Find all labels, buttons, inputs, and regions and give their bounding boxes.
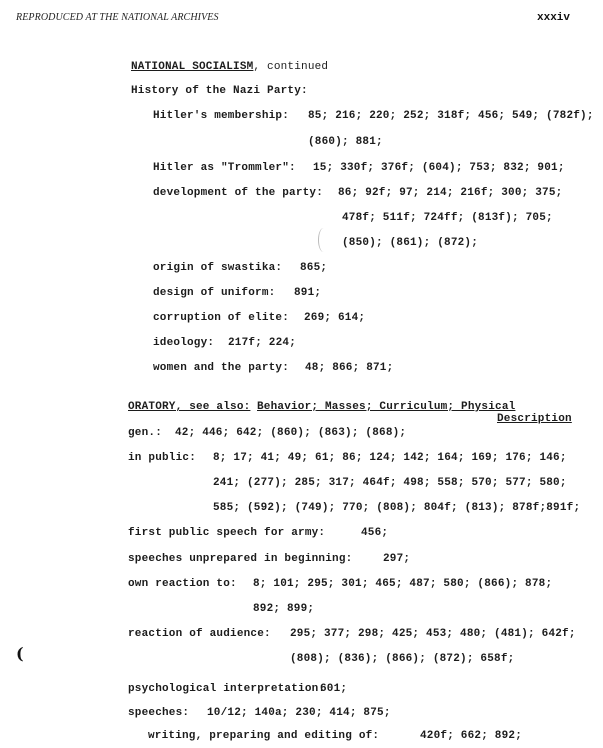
index-entry-label: Hitler as "Trommler":	[153, 162, 296, 174]
index-entry-refs: 891;	[294, 287, 321, 299]
index-entry-refs: 295; 377; 298; 425; 453; 480; (481); 642…	[290, 628, 576, 640]
index-entry-label: Hitler's membership:	[153, 110, 289, 122]
section-heading-national-socialism: NATIONAL SOCIALISM, continued	[131, 61, 328, 73]
index-entry-refs: 10/12; 140a; 230; 414; 875;	[207, 707, 391, 719]
index-entry-label: speeches:	[128, 707, 189, 719]
index-entry-refs: 15; 330f; 376f; (604); 753; 832; 901;	[313, 162, 565, 174]
index-entry-label: psychological interpretation:	[128, 683, 325, 695]
index-entry-refs: 297;	[383, 553, 410, 565]
index-entry-label: gen.:	[128, 427, 162, 439]
heading-text: NATIONAL SOCIALISM	[131, 61, 253, 73]
index-entry-refs: (850); (861); (872);	[342, 237, 478, 249]
index-entry-refs: 8; 17; 41; 49; 61; 86; 124; 142; 164; 16…	[213, 452, 567, 464]
index-entry-label: design of uniform:	[153, 287, 275, 299]
see-also-list: Behavior; Masses; Curriculum; Physical	[257, 401, 515, 413]
index-entry-refs: 269; 614;	[304, 312, 365, 324]
index-entry-refs: 892; 899;	[253, 603, 314, 615]
index-entry-label: origin of swastika:	[153, 262, 282, 274]
heading-suffix: , continued	[253, 61, 328, 73]
index-entry-refs: 420f; 662; 892;	[420, 730, 522, 742]
index-entry-refs: 478f; 511f; 724ff; (813f); 705;	[342, 212, 553, 224]
index-entry-label: speeches unprepared in beginning:	[128, 553, 352, 565]
page-number: xxxiv	[537, 12, 570, 24]
index-entry-label: reaction of audience:	[128, 628, 271, 640]
index-entry-refs: (808); (836); (866); (872); 658f;	[290, 653, 514, 665]
index-entry-refs: 241; (277); 285; 317; 464f; 498; 558; 57…	[213, 477, 567, 489]
index-entry-label: writing, preparing and editing of:	[148, 730, 379, 742]
see-also-list-cont: Description	[497, 413, 572, 425]
index-entry-refs: 48; 866; 871;	[305, 362, 393, 374]
index-entry-label: women and the party:	[153, 362, 289, 374]
index-entry-label: first public speech for army:	[128, 527, 325, 539]
index-entry-refs: 601;	[320, 683, 347, 695]
index-entry-label: in public:	[128, 452, 196, 464]
index-entry-refs: 585; (592); (749); 770; (808); 804f; (81…	[213, 502, 580, 514]
section-heading-oratory: ORATORY, see also:	[128, 401, 250, 413]
index-entry-refs: 86; 92f; 97; 214; 216f; 300; 375;	[338, 187, 562, 199]
index-entry-label: ideology:	[153, 337, 214, 349]
index-entry-label: corruption of elite:	[153, 312, 289, 324]
paper-mark	[318, 228, 329, 252]
index-entry-refs: 217f; 224;	[228, 337, 296, 349]
index-entry-refs: 865;	[300, 262, 327, 274]
margin-mark: (	[16, 644, 24, 663]
index-entry-refs: 85; 216; 220; 252; 318f; 456; 549; (782f…	[308, 110, 594, 122]
index-entry-refs: 456;	[361, 527, 388, 539]
index-entry-refs: 8; 101; 295; 301; 465; 487; 580; (866); …	[253, 578, 552, 590]
index-entry-refs: 42; 446; 642; (860); (863); (868);	[175, 427, 406, 439]
index-entry-refs: (860); 881;	[308, 136, 383, 148]
index-entry-label: development of the party:	[153, 187, 323, 199]
index-entry-label: own reaction to:	[128, 578, 237, 590]
archive-stamp: REPRODUCED AT THE NATIONAL ARCHIVES	[16, 12, 219, 23]
subheading-history: History of the Nazi Party:	[131, 85, 308, 97]
